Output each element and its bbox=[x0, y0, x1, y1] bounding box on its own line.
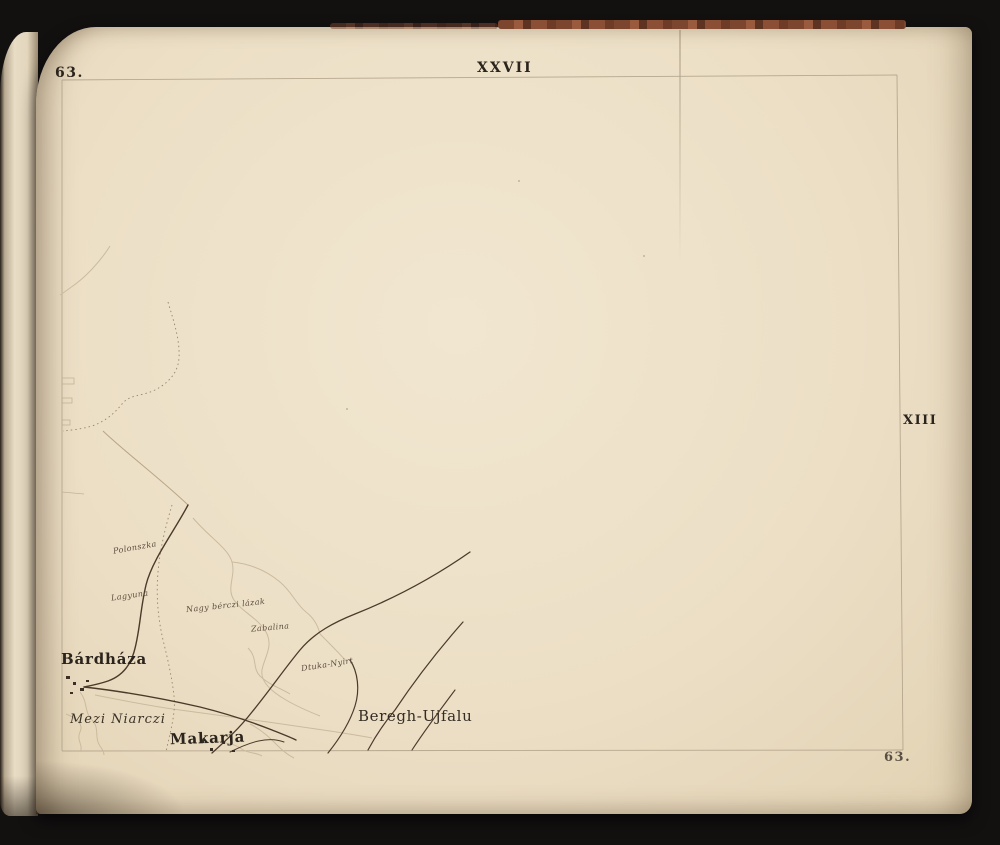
town-label-bardhaza: Bárdháza bbox=[61, 652, 147, 667]
boundary-dashed-lines bbox=[63, 302, 179, 752]
area-label-mezi-niarczi: Mezi Niarczi bbox=[70, 713, 166, 726]
column-index-top: XXVII bbox=[477, 61, 533, 75]
town-label-beregh-ujfalu: Beregh-Ujfalu bbox=[358, 709, 472, 724]
scanned-atlas-page: 63. XXVII XIII 63. Bárdháza Makarja Bere… bbox=[0, 0, 1000, 845]
paper-speck bbox=[643, 255, 645, 257]
sheet-number-top-left: 63. bbox=[55, 66, 84, 80]
row-index-right: XIII bbox=[903, 414, 937, 427]
paper-speck bbox=[346, 408, 348, 410]
paper-speck bbox=[518, 180, 520, 182]
town-label-makarja: Makarja bbox=[170, 730, 246, 748]
field-marks bbox=[62, 378, 84, 494]
sheet-number-bottom-right: 63. bbox=[884, 751, 911, 764]
map-frame bbox=[62, 75, 903, 751]
